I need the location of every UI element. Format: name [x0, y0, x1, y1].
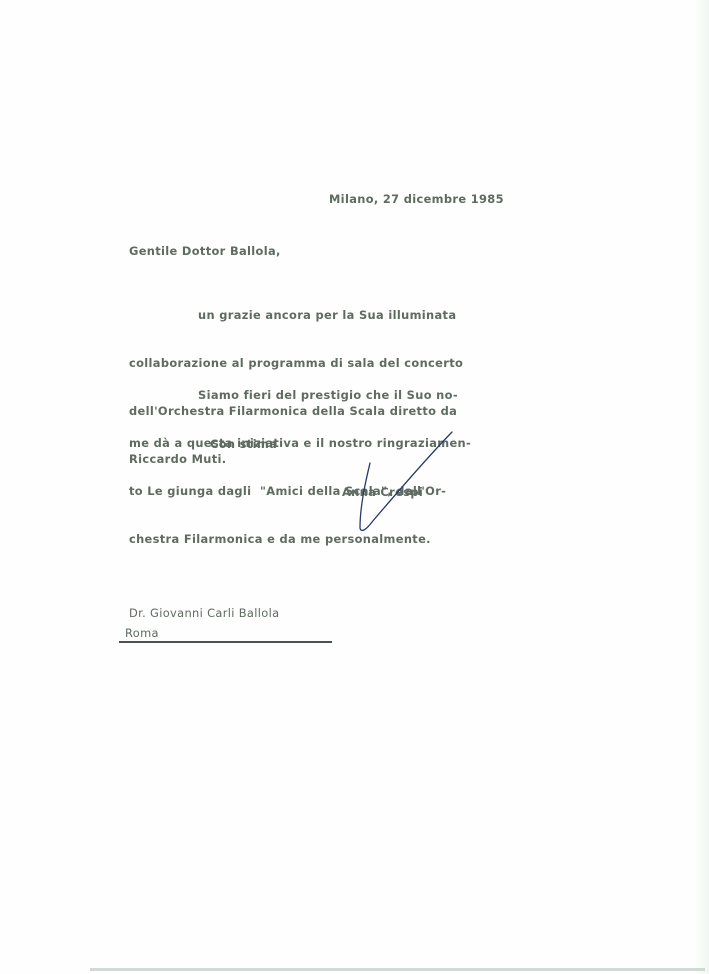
recipient-name: Dr. Giovanni Carli Ballola [129, 605, 279, 621]
recipient-underline [119, 641, 332, 643]
handwritten-signature [0, 0, 709, 974]
recipient-city: Roma [125, 625, 159, 641]
letter-page: Milano, 27 dicembre 1985 Gentile Dottor … [0, 0, 709, 974]
